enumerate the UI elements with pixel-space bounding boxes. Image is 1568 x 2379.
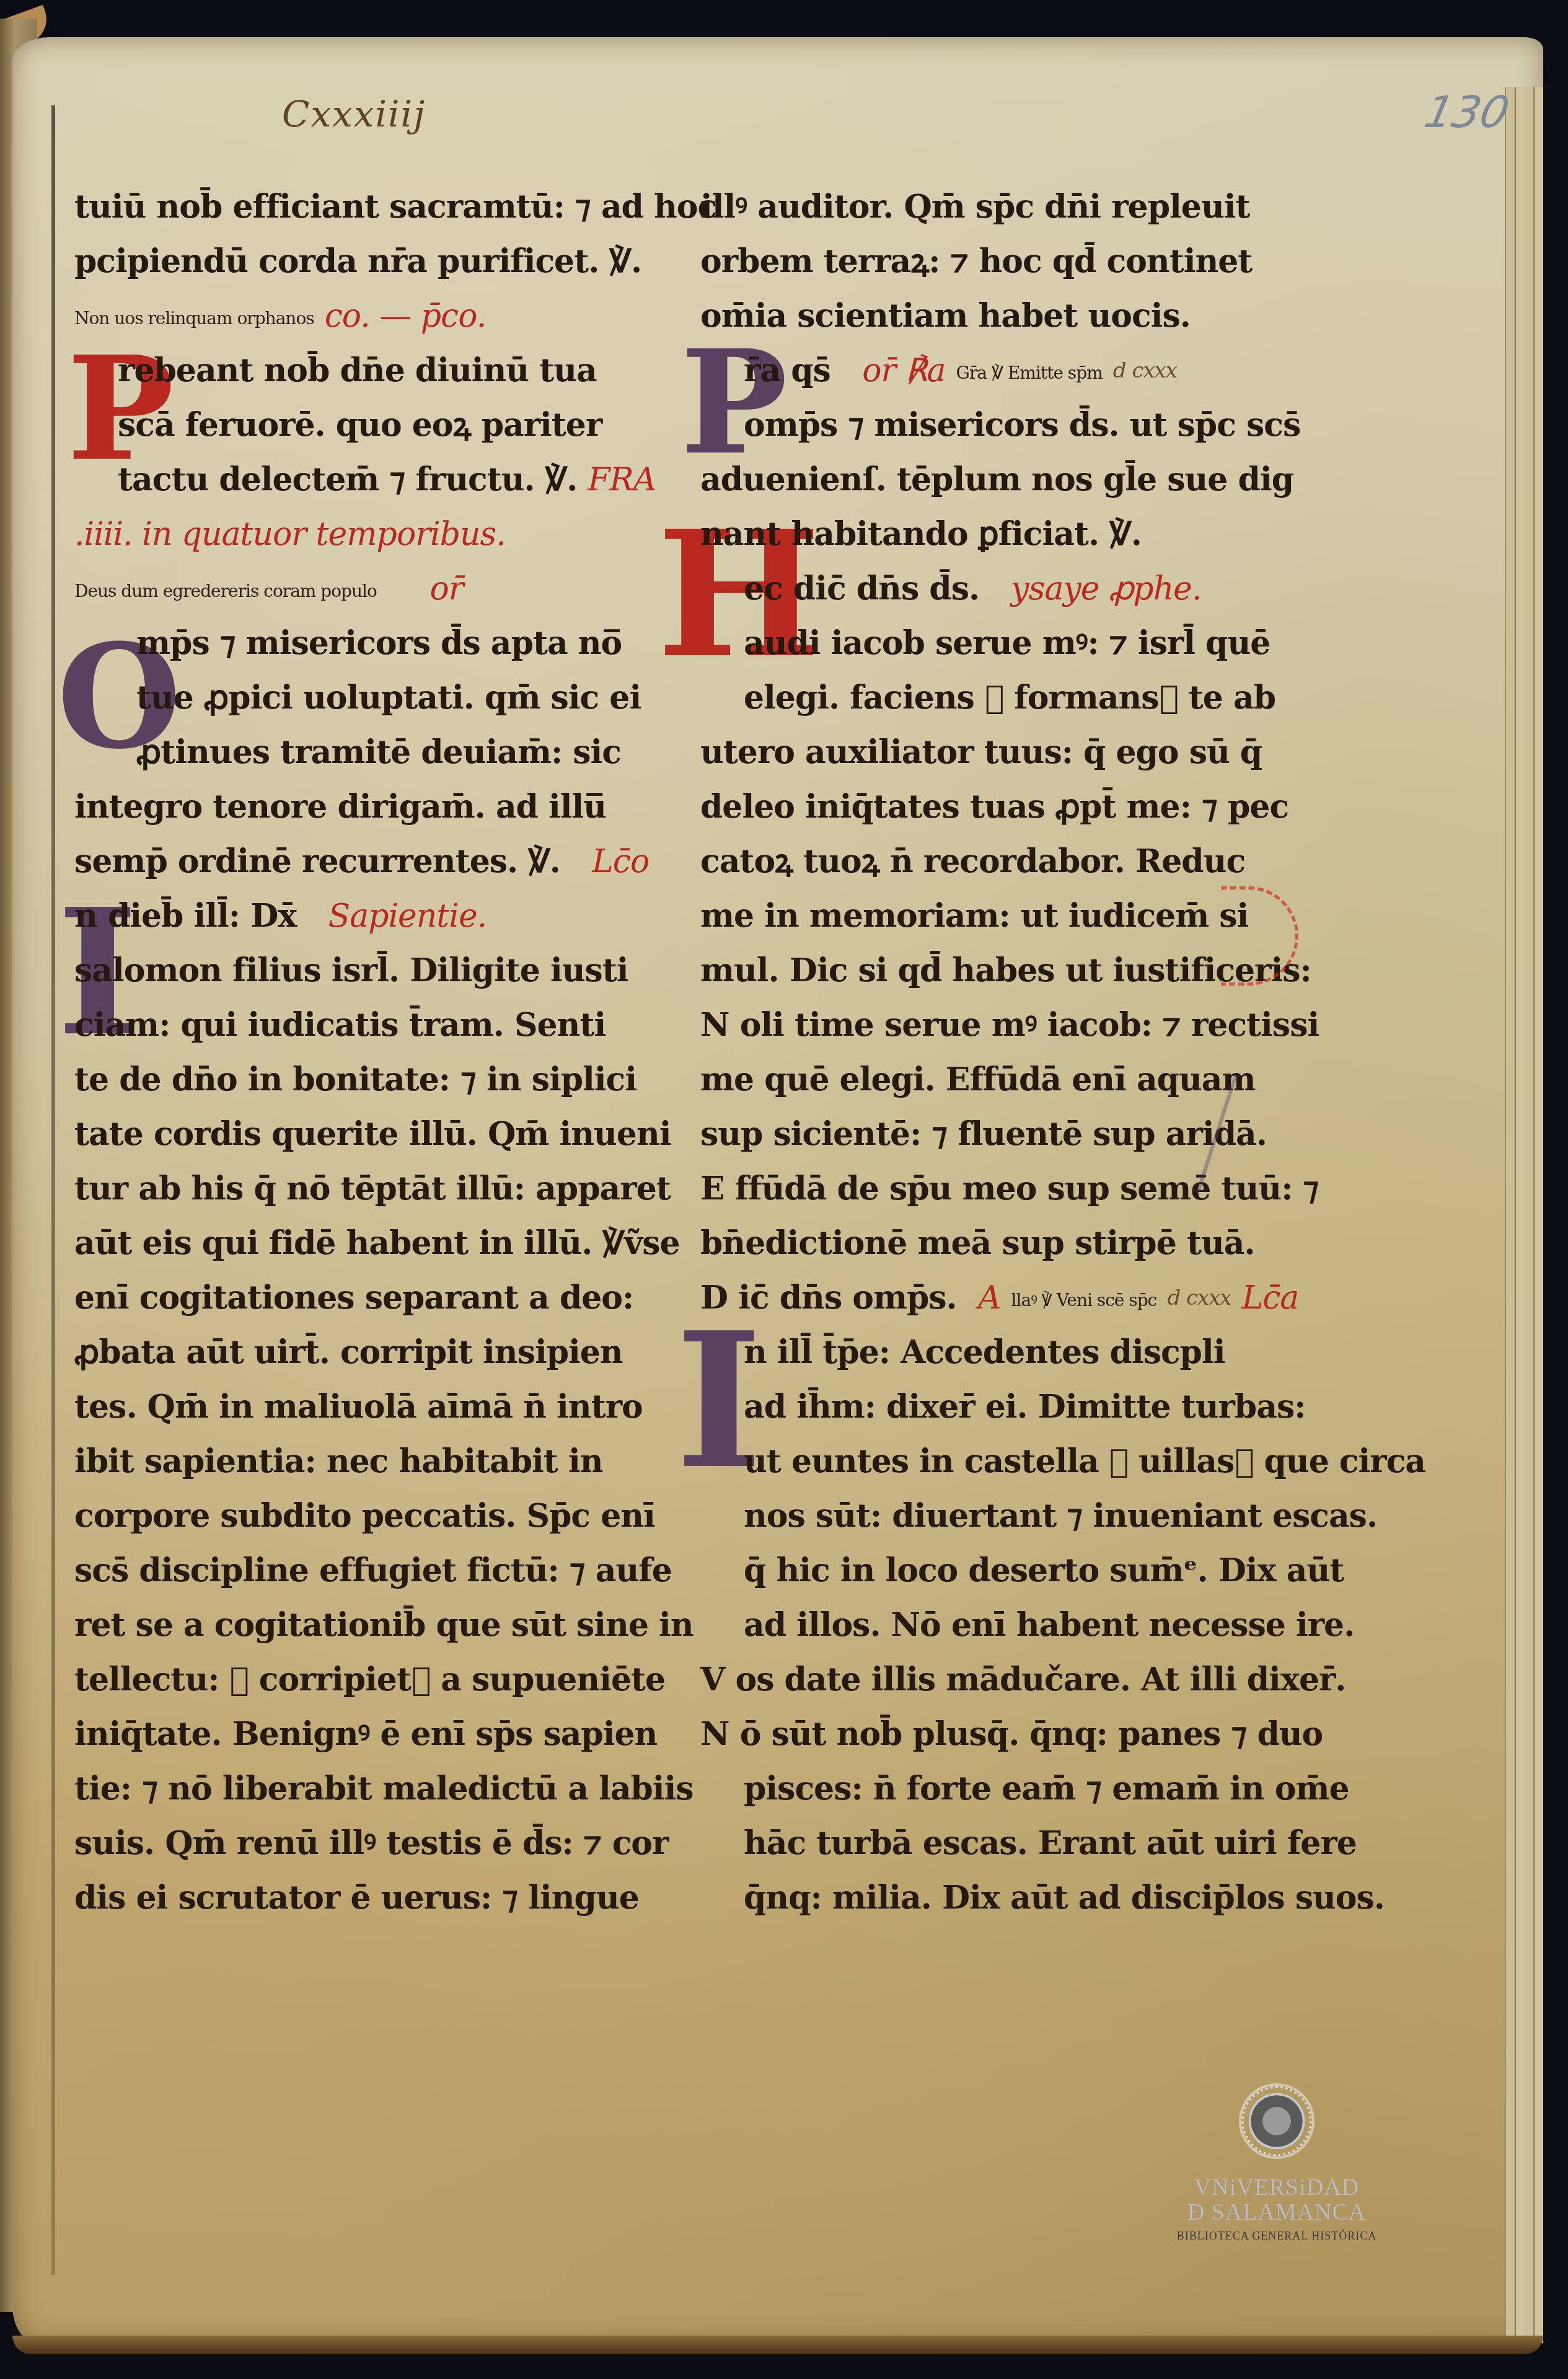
text-line: ꝓbata aūt uirt̄. corripit insipien [74,1325,645,1380]
text-line: n dieb̄ ill̄: Dx̄ Sapientie. [74,889,645,943]
text-line: rebeant nob̄ dn̄e diuinū tua [74,343,645,398]
running-head: Cxxxiiij [282,93,426,135]
text-line: me in memoriam: ut iudicem̄ si [700,889,1308,943]
library-watermark: VNiVERSiDAD Đ SALAMANCA BIBLIOTECA GENER… [1134,2086,1419,2243]
text-line: tes. Qm̄ in maliuolā aīmā n̄ intro [74,1380,645,1434]
watermark-line-3: BIBLIOTECA GENERAL HISTÓRICA [1134,2230,1419,2243]
text-line: me quē elegi. Effūdā enī aquam [700,1053,1308,1107]
rubric-line: .iiii. in quatuor temporibus. [74,507,645,562]
text-line: catoꝝ tuoꝝ n̄ recordabor. Reduc [700,834,1308,889]
text-line: iniq̄tate. Benignꝰ ē enī sp̄s sapien [74,1707,645,1762]
text-line: scs̄ discipline effugiet fictū: ⁊ aufe [74,1543,645,1598]
text-line: tellectu: ⁊ corripiet᷑ a supueniēte [74,1653,645,1707]
cue-line: D ic̄ dn̄s omp̄s. A llaꝰ ℣ Veni scē sp̄c… [700,1271,1308,1325]
text-line: hāc turbā escas. Erant aūt uiri fere [700,1816,1308,1871]
text-line: salomon filius isrl̄. Diligite iusti [74,943,645,998]
text-line: enī cogitationes separant a deo: [74,1271,645,1325]
text-line: tie: ⁊ nō liberabit maledictū a labiis [74,1762,645,1816]
cue-line: r̄a qs̄ or̄ ℟a Gr̄a ℣ Emitte sp̄m d cxxx [700,343,1308,398]
text-line: ad ih̄m: dixer̄ ei. Dimitte turbas: [700,1380,1308,1434]
text-line: utero auxiliator tuus: q̄ ego sū q̄ [700,725,1308,780]
text-line: pisces: n̄ forte eam̄ ⁊ emam̄ in om̄e [700,1762,1308,1816]
text-line: V os date illis mādučare. At illi dixer̄… [700,1653,1308,1707]
text-line: om̄ia scientiam habet uocis. [700,289,1308,343]
left-column: tuiū nob̄ efficiant sacramtū: ⁊ ad hoc p… [74,180,645,1925]
text-line: N oli time serue mꝰ iacob: ⁊ rectissi [700,998,1308,1053]
text-line: tactu delectem̄ ⁊ fructu. ℣. FRA [74,452,645,507]
text-line: deleo iniq̄tates tuas ꝓpt̄ me: ⁊ pec [700,780,1308,834]
text-line: mul. Dic si qd̄ habes ut iustificeris: [700,943,1308,998]
text-line: elegi. faciens ⁊ formans᷑ te ab [700,671,1308,725]
text-line: N ō sūt nob̄ plusq̄. q̄nq: panes ⁊ duo [700,1707,1308,1762]
text-line: orbem terraꝝ: ⁊ hoc qd̄ continet [700,234,1308,289]
text-line: audi iacob serue mꝰ: ⁊ isrl̄ quē [700,616,1308,671]
right-column: illꝰ auditor. Qm̄ sp̄c dn̄i repleuit orb… [700,180,1308,1925]
text-line: tuiū nob̄ efficiant sacramtū: ⁊ ad hoc [74,180,645,234]
gutter-shadow [51,105,55,2275]
text-line: ibit sapientia: nec habitabit in [74,1434,645,1489]
text-line: n ill̄ t̄p̄e: Accedentes discpli [700,1325,1308,1380]
text-line: pcipiendū corda nr̄a purificet. ℣. [74,234,645,289]
text-line: ꝓtinues tramitē deuiam̄: sic [74,725,645,780]
cue-line: Deus dum egredereris coram populo or̄ [74,562,645,616]
text-line: ut euntes in castella ⁊ uillas᷑ que circ… [700,1434,1308,1489]
text-line: ciam: qui iudicatis t̄ram. Senti [74,998,645,1053]
text-line: ec dic̄ dn̄s d̄s. ysaye ꝓphe. [700,562,1308,616]
university-seal-icon [1241,2086,1312,2156]
text-line: q̄ hic in loco deserto sum̄ᵉ. Dix aūt [700,1543,1308,1598]
text-line: nos sūt: diuertant ⁊ inueniant escas. [700,1489,1308,1543]
text-line: tur ab his q̄ nō tēptāt illū: apparet [74,1162,645,1216]
watermark-line-1: VNiVERSiDAD [1134,2175,1419,2200]
text-line: tue ꝓpici uoluptati. qm̄ sic ei [74,671,645,725]
page-bottom-edge [12,2336,1543,2354]
text-line: aūt eis qui fidē habent in illū. ℣ṽse [74,1216,645,1271]
text-line: q̄nq: milia. Dix aūt ad discip̄los suos. [700,1871,1308,1925]
text-line: illꝰ auditor. Qm̄ sp̄c dn̄i repleuit [700,180,1308,234]
text-line: ad illos. Nō enī habent necesse ire. [700,1598,1308,1653]
text-line: dis ei scrutator ē uerus: ⁊ lingue [74,1871,645,1925]
text-line: bn̄edictionē meā sup stirpē tuā. [700,1216,1308,1271]
folio-number: 130 [1420,87,1513,138]
text-line: tate cordis querite illū. Qm̄ inueni [74,1107,645,1162]
text-line: aduenienſ. tēplum nos gl̄e sue dig [700,452,1308,507]
text-line: nant habitando ꝑficiat. ℣. [700,507,1308,562]
text-line: ret se a cogitationib̄ que sūt sine in [74,1598,645,1653]
page-stack-edge [1505,87,1543,2343]
text-line: suis. Qm̄ renū illꝰ testis ē d̄s: ⁊ cor [74,1816,645,1871]
text-line: te de dn̄o in bonitate: ⁊ in siplici [74,1053,645,1107]
text-line: scā feruorē. quo eoꝝ pariter [74,398,645,452]
cue-line: Non uos relinquam orphanos co. — p̄co. [74,289,645,343]
text-line: omp̄s ⁊ misericors d̄s. ut sp̄c scs̄ [700,398,1308,452]
text-line: corpore subdito peccatis. Sp̄c enī [74,1489,645,1543]
text-line: mp̄s ⁊ misericors d̄s apta no̅ [74,616,645,671]
watermark-line-2: Đ SALAMANCA [1134,2200,1419,2225]
text-line: integro tenore dirigam̄. ad illu̅ [74,780,645,834]
text-line: E ffūdā de sp̄u meo sup semē tuū: ⁊ [700,1162,1308,1216]
text-line: semp̄ ordinē recurrentes. ℣. Lc̄o [74,834,645,889]
